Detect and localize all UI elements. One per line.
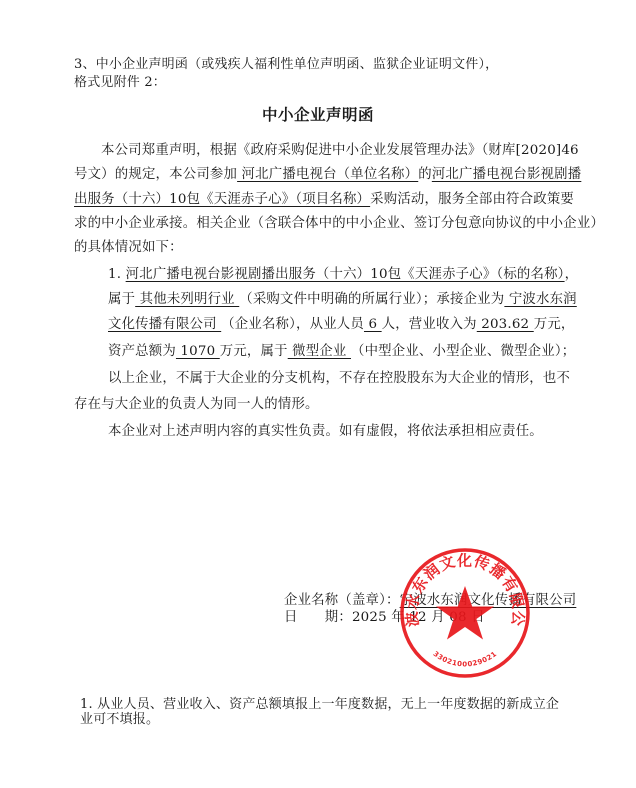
industry-label: 属于 xyxy=(108,292,135,307)
footnote-line-2: 业可不填报。 xyxy=(80,712,159,727)
para1-line-5: 的具体情况如下： xyxy=(74,239,183,257)
subject-name-field: 河北广播电视台影视剧播出服务（十六）10包《天涯赤子心》（标的名称） xyxy=(126,267,565,282)
para1-line-1: 本公司郑重声明，根据《政府采购促进中小企业发展管理办法》（财库[2020]46 xyxy=(101,142,579,160)
para1-line-4: 求的中小企业承接。相关企业（含联合体中的中小企业、签订分包意向协议的中小企业） xyxy=(74,215,604,233)
para2-line-1: 以上企业，不属于大企业的分支机构，不存在控股股东为大企业的情形，也不 xyxy=(108,370,570,388)
date-label: 日 期： xyxy=(284,610,352,625)
revenue-field: 203.62 xyxy=(477,317,534,332)
para1-line-3: 出服务（十六）10包《天涯赤子心》（项目名称）采购活动，服务全部由符合政策要 xyxy=(74,191,574,209)
seal-number: 3302100029021 xyxy=(432,650,499,668)
para1-text: 采购活动，服务全部由符合政策要 xyxy=(370,192,574,207)
size-note: （中型企业、小型企业、微型企业）； xyxy=(351,344,575,359)
revenue-unit: 万元， xyxy=(534,317,575,332)
intro-line-1: 3、中小企业声明函（或残疾人福利性单位声明函、监狱企业证明文件）， xyxy=(74,56,498,74)
signature-company-name: 宁波水东润文化传播有限公司 xyxy=(400,593,577,608)
intro-line-2: 格式见附件 2： xyxy=(74,74,166,92)
company-name-field: 文化传播有限公司 xyxy=(108,317,221,332)
assets-unit: 万元，属于 xyxy=(220,344,288,359)
para1-text: 本公司郑重声明，根据《政府采购促进中小企业发展管理办法》（财库[2020]46 xyxy=(101,143,579,158)
item1-line-4: 资产总额为 1070 万元，属于 微型企业 （中型企业、小型企业、微型企业）； xyxy=(108,343,575,361)
para3-line: 本企业对上述声明内容的真实性负责。如有虚假，将依法承担相应责任。 xyxy=(108,423,543,441)
enterprise-size-field: 微型企业 xyxy=(288,344,351,359)
company-label: 企业名称（盖章）： xyxy=(284,593,400,608)
para1-line-2: 号文）的规定，本公司参加 河北广播电视台（单位名称）的河北广播电视台影视剧播 xyxy=(74,166,581,184)
project-name-field: 河北广播电视台影视剧播 xyxy=(432,167,582,182)
document-page: 3、中小企业声明函（或残疾人福利性单位声明函、监狱企业证明文件）， 格式见附件 … xyxy=(0,0,636,788)
company-name-field: 宁波水东润 xyxy=(504,292,576,307)
signature-date-line: 日 期：2025 年 12 月 08 日 xyxy=(284,609,485,627)
employees-field: 6 xyxy=(364,317,382,332)
para1-text: 的 xyxy=(418,167,432,182)
employees-unit: 人，营业收入为 xyxy=(382,317,477,332)
item1-line-3: 文化传播有限公司 （企业名称），从业人员 6 人，营业收入为 203.62 万元… xyxy=(108,316,575,334)
document-title: 中小企业声明函 xyxy=(0,103,636,125)
industry-field: 其他未列明行业 xyxy=(135,292,239,307)
assets-field: 1070 xyxy=(176,344,220,359)
company-note: （企业名称），从业人员 xyxy=(221,317,364,332)
project-name-field: 出服务（十六）10包《天涯赤子心》（项目名称） xyxy=(74,192,370,207)
signature-company-line: 企业名称（盖章）：宁波水东润文化传播有限公司 xyxy=(284,592,576,610)
para1-text: 号文）的规定，本公司参加 xyxy=(74,167,237,182)
svg-text:3302100029021: 3302100029021 xyxy=(432,650,499,668)
item1-line-1: 1. 河北广播电视台影视剧播出服务（十六）10包《天涯赤子心》（标的名称）， xyxy=(108,266,578,284)
buyer-name-field: 河北广播电视台（单位名称） xyxy=(237,167,418,182)
industry-note: （采购文件中明确的所属行业）；承接企业为 xyxy=(239,292,504,307)
assets-label: 资产总额为 xyxy=(108,344,176,359)
item1-line-2: 属于 其他未列明行业 （采购文件中明确的所属行业）；承接企业为 宁波水东润 xyxy=(108,291,577,309)
punctuation: ， xyxy=(565,267,579,282)
footnote-line-1: 1. 从业人员、营业收入、资产总额填报上一年度数据，无上一年度数据的新成立企 xyxy=(80,697,559,712)
item-number: 1. xyxy=(108,267,126,282)
date-value: 2025 年 12 月 08 日 xyxy=(352,610,485,625)
para2-line-2: 存在与大企业的负责人为同一人的情形。 xyxy=(74,396,319,414)
